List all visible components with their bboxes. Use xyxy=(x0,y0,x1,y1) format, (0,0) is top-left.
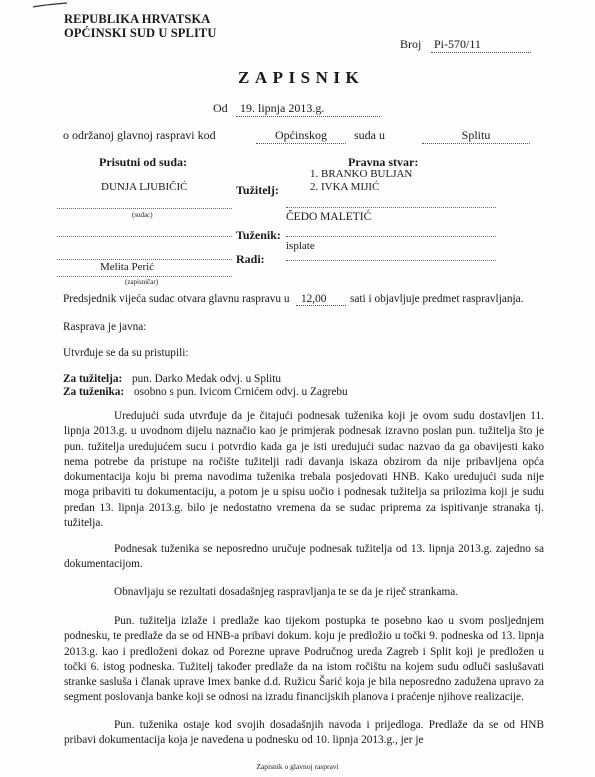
defendant-line xyxy=(286,236,496,237)
document-title: ZAPISNIK xyxy=(238,68,364,88)
attendance-defendant-value: osobno s pun. Ivicom Crnićem odvj. u Zag… xyxy=(134,386,348,398)
court-type: Općinskog xyxy=(256,128,346,144)
judge-role: (sudac) xyxy=(132,211,153,219)
paragraph-submission: Podnesak tuženika se neposredno uručuje … xyxy=(64,542,544,573)
clerk-signature-line xyxy=(57,276,232,277)
opening-time: 12,00 xyxy=(296,293,346,306)
defendant-top-line xyxy=(286,207,496,208)
judge-signature-line xyxy=(57,208,232,209)
regarding-label: Radi: xyxy=(236,252,265,267)
defendant-name: ČEDO MALETIĆ xyxy=(286,211,371,223)
case-number-value: Pi-570/11 xyxy=(431,37,531,53)
page-footer: Zapisnik o glavnoj raspravi xyxy=(0,762,595,771)
blank-line-2 xyxy=(57,259,232,260)
pen-mark-decoration xyxy=(32,2,68,8)
public-hearing-line: Rasprava je javna: xyxy=(63,321,146,333)
paragraph-renewal: Obnavljaju se rezultati dosadašnjeg rasp… xyxy=(64,585,544,600)
paragraph-plaintiff-proposal: Pun. tužitelja izlaže i predlaže kao tij… xyxy=(64,614,544,706)
plaintiff-2: 2. IVKA MIJIĆ xyxy=(310,181,379,193)
header-court: OPĆINSKI SUD U SPLITU xyxy=(64,26,216,41)
header-republic: REPUBLIKA HRVATSKA xyxy=(64,12,210,27)
paragraph-findings: Uredujući suda utvrđuje da je čitajući p… xyxy=(64,409,544,531)
judge-name: DUNJA LJUBIČIĆ xyxy=(101,181,187,193)
paragraph-defendant-proposal: Pun. tuženika ostaje kod svojih dosadašn… xyxy=(64,718,544,749)
attendance-plaintiff-value: pun. Darko Medak odvj. u Splitu xyxy=(132,373,281,385)
opening-prefix: Predsjednik vijeća sudac otvara glavnu r… xyxy=(63,293,290,305)
court-line-prefix: o održanoj glavnoj raspravi kod xyxy=(63,128,216,143)
date-value: 19. lipnja 2013.g. xyxy=(236,101,380,117)
clerk-role: (zapisničar) xyxy=(125,278,158,286)
regarding-value: isplate xyxy=(286,240,315,252)
case-number-label: Broj xyxy=(400,37,421,52)
attendance-defendant-label: Za tuženika: xyxy=(63,386,124,398)
court-line-middle: suda u xyxy=(354,128,385,143)
regarding-line xyxy=(286,260,496,261)
date-label: Od xyxy=(213,101,228,116)
attendance-intro: Utvrđuje se da su pristupili: xyxy=(63,347,189,359)
plaintiff-1: 1. BRANKO BULJAN xyxy=(310,168,412,180)
opening-suffix: sati i objavljuje predmet raspravljanja. xyxy=(350,293,523,305)
present-label: Prisutni od suda: xyxy=(99,155,187,170)
court-city: Splitu xyxy=(422,128,530,144)
clerk-name: Melita Perić xyxy=(100,261,154,273)
defendant-label: Tuženik: xyxy=(236,228,281,243)
attendance-plaintiff-label: Za tužitelja: xyxy=(63,373,122,385)
blank-line-1 xyxy=(57,236,232,237)
plaintiff-label: Tužitelj: xyxy=(236,183,279,198)
